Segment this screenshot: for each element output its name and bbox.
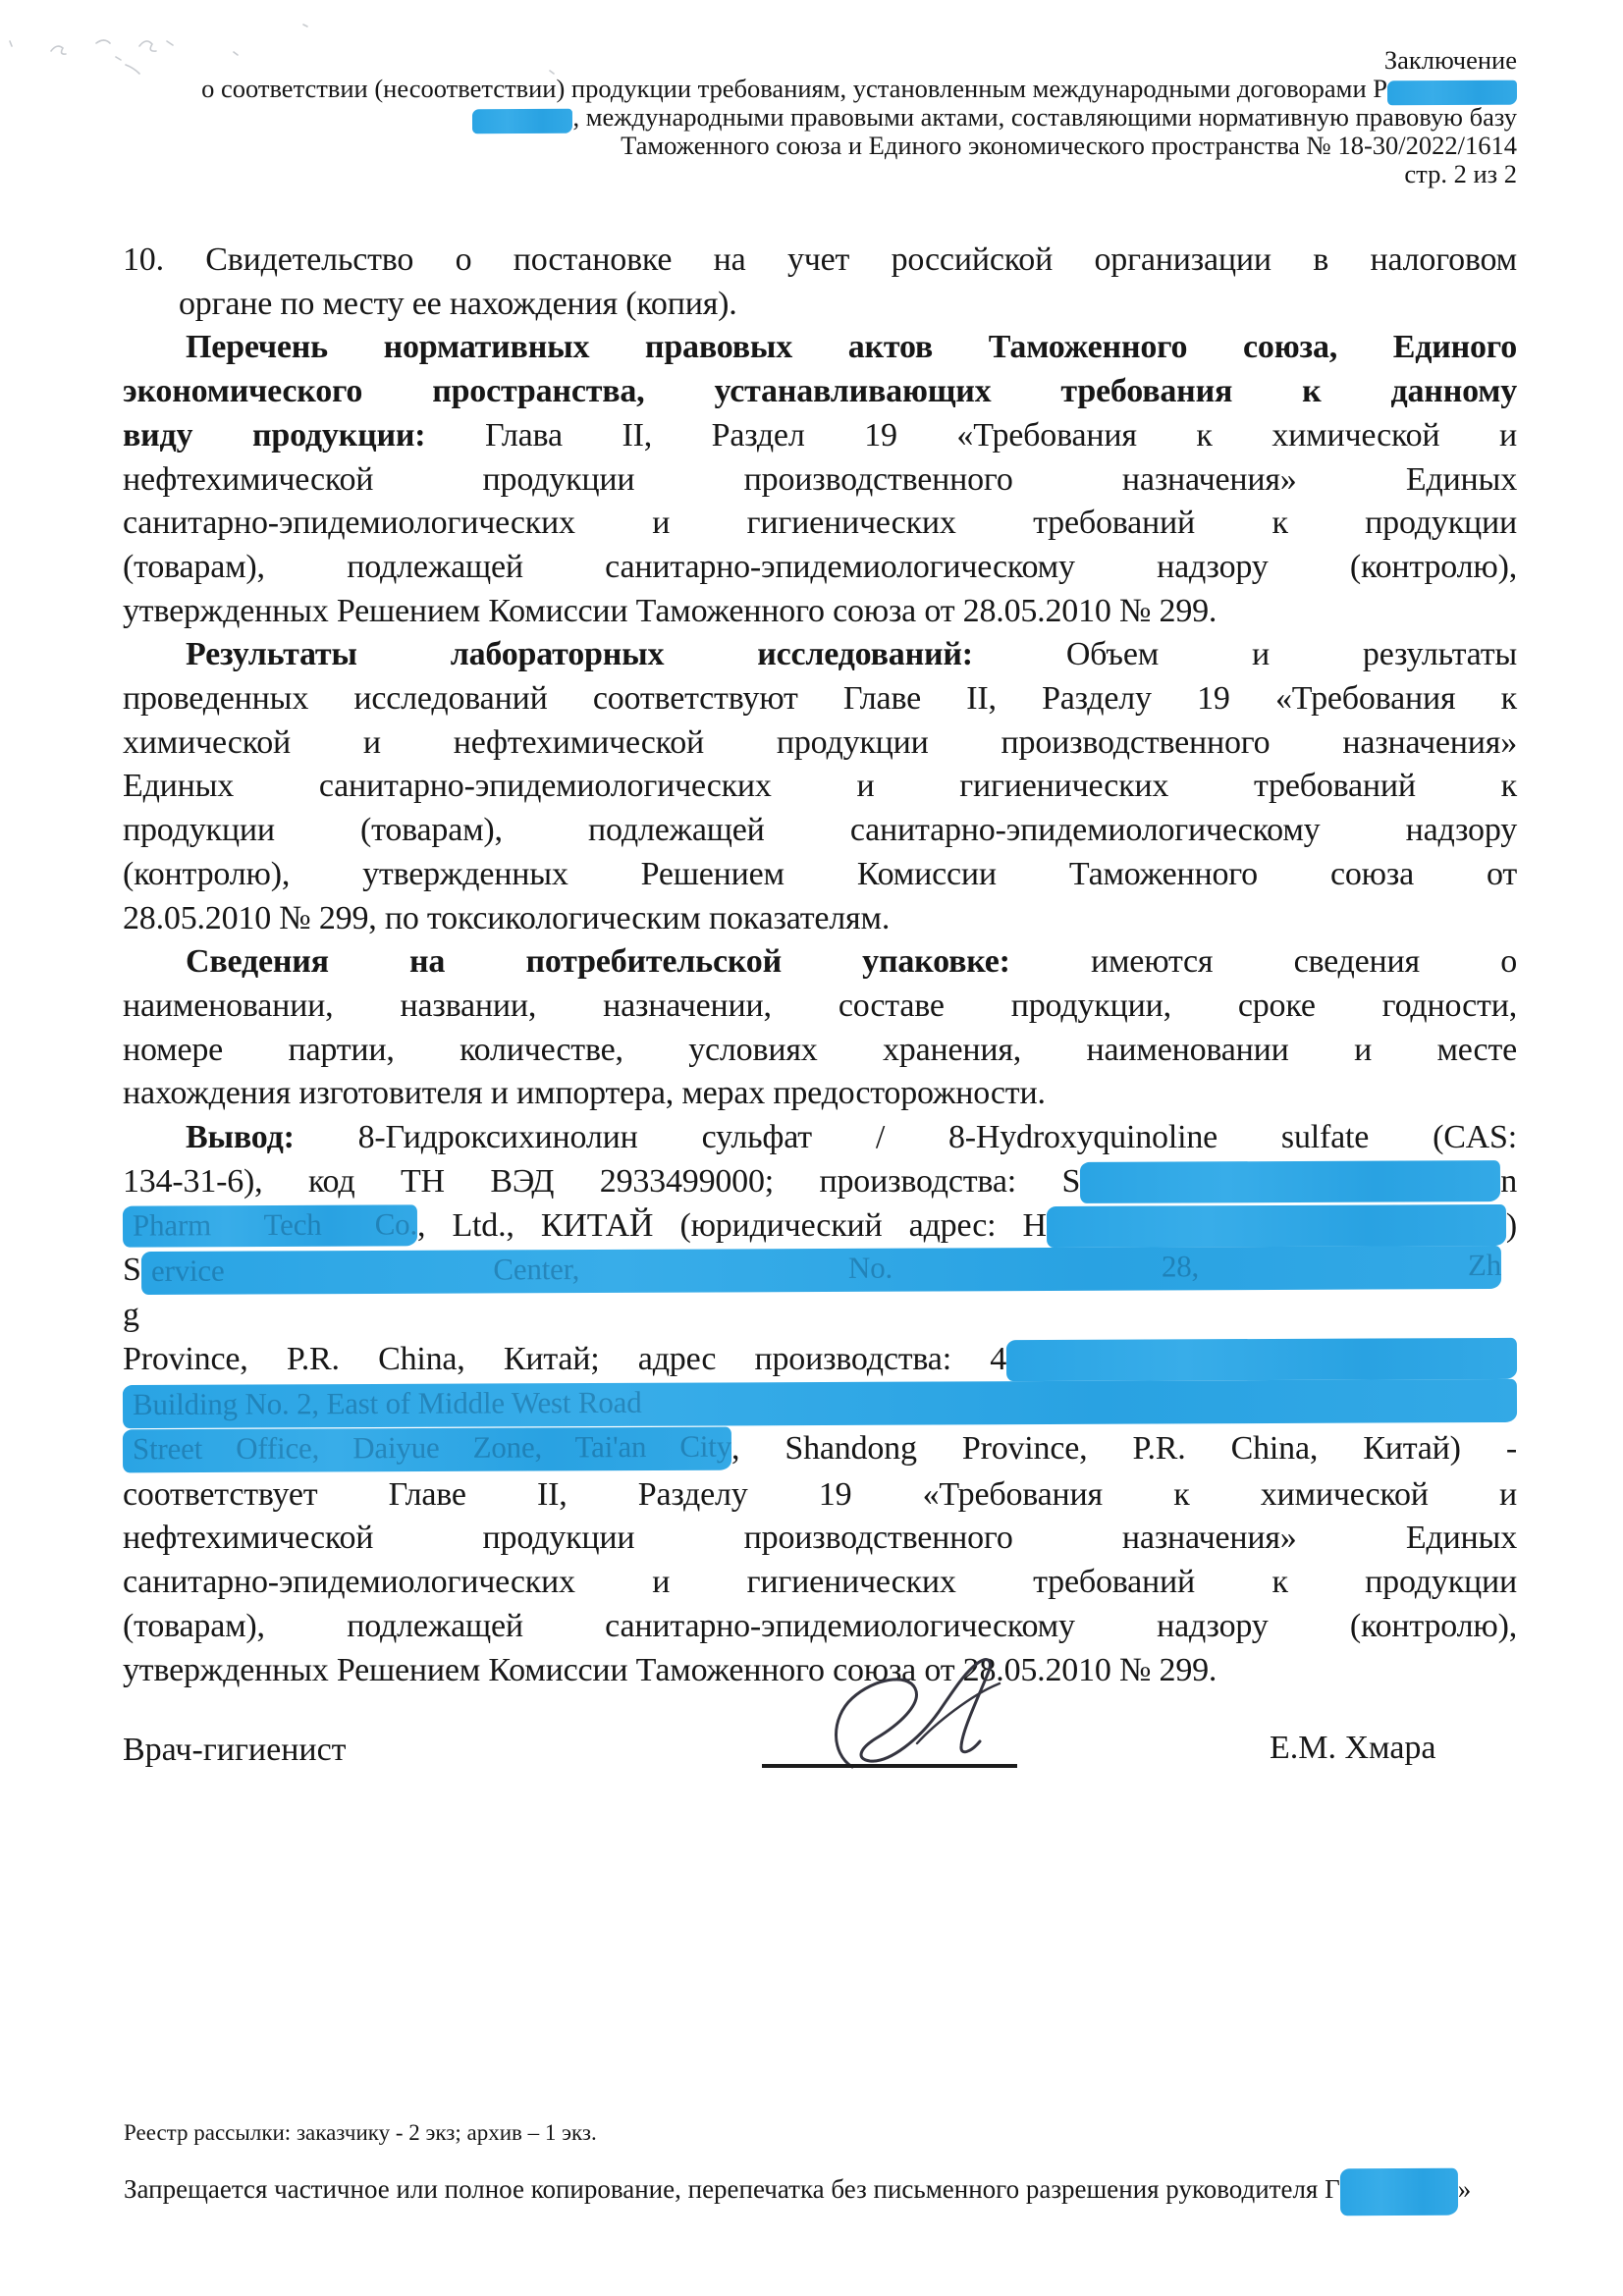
text-run: S [123,1252,141,1288]
text-run: , международными правовыми актами, соста… [572,102,1517,132]
redaction-mark: Building No. 2, East of Middle West Road [123,1379,1517,1428]
body-line: экономического пространства, устанавлива… [123,370,1517,414]
text-run: санитарно-эпидемиологических и гигиениче… [123,1564,1517,1600]
body-line: Street Office, Daiyue Zone, Tai'an City,… [123,1427,1517,1472]
body-line: (товарам), подлежащей санитарно-эпидемио… [123,1605,1517,1649]
body-line: (товарам), подлежащей санитарно-эпидемио… [123,546,1517,590]
body-line: органе по месту ее нахождения (копия). [123,283,1517,327]
text-run: Запрещается частичное или полное копиров… [124,2174,1340,2204]
header-line: Таможенного союза и Единого экономическо… [118,132,1517,160]
body-line: соответствует Главе II, Разделу 19 «Треб… [123,1473,1517,1518]
signatory-name: Е.М. Хмара [1270,1730,1436,1767]
redaction-mark: Street Office, Daiyue Zone, Tai'an City [123,1426,731,1472]
document-footer: Реестр рассылки: заказчику - 2 экз; архи… [124,2118,1557,2236]
redaction-mark: Pharm Tech Co. [123,1205,417,1248]
text-run: Объем и результаты [973,636,1517,672]
text-run: Таможенного союза и Единого экономическо… [621,131,1517,160]
text-run: n [1500,1163,1517,1200]
header-line: стр. 2 из 2 [118,160,1517,188]
body-line: 134-31-6), код ТН ВЭД 2933499000; произв… [123,1160,1517,1204]
text-run: химической и нефтехимической продукции п… [123,724,1517,761]
text-run: экономического пространства, устанавлива… [123,373,1517,409]
signature-line [762,1764,1017,1768]
footer-line: Запрещается частичное или полное копиров… [124,2168,1557,2216]
text-run: Единых санитарно-эпидемиологических и ги… [123,768,1517,804]
body-line: продукции (товарам), подлежащей санитарн… [123,809,1517,853]
body-line: Вывод: 8-Гидроксихинолин сульфат / 8-Hyd… [123,1116,1517,1160]
text-run: ) [1506,1207,1517,1244]
text-run: санитарно-эпидемиологических и гигиениче… [123,505,1517,541]
redaction-mark [472,109,572,133]
text-run: продукции (товарам), подлежащей санитарн… [123,812,1517,848]
body-line: Pharm Tech Co., Ltd., КИТАЙ (юридический… [123,1204,1517,1249]
text-run: проведенных исследований соответствуют Г… [123,680,1517,717]
text-run: (контролю), утвержденных Решением Комисс… [123,856,1517,892]
body-line: утвержденных Решением Комиссии Таможенно… [123,1649,1517,1693]
header-line: Заключение [118,46,1517,75]
body-line: проведенных исследований соответствуют Г… [123,677,1517,721]
body-line: Service Center, No. 28, Zhg [123,1249,1517,1338]
text-run: » [1458,2174,1472,2204]
text-run: наименовании, названии, назначении, сост… [123,988,1517,1024]
text-run: 10. Свидетельство о постановке на учет р… [123,241,1517,278]
text-run: Реестр рассылки: заказчику - 2 экз; архи… [124,2120,597,2145]
body-line: санитарно-эпидемиологических и гигиениче… [123,502,1517,546]
text-run: , Ltd., КИТАЙ (юридический адрес: Н [417,1207,1047,1244]
redaction-mark [1006,1338,1517,1381]
scanned-document-page: Заключениео соответствии (несоответствии… [0,0,1623,2296]
text-run: органе по месту ее нахождения (копия). [179,286,737,322]
text-run: соответствует Главе II, Разделу 19 «Треб… [123,1476,1517,1513]
body-line: 10. Свидетельство о постановке на учет р… [123,239,1517,283]
text-run: номере партии, количестве, условиях хран… [123,1032,1517,1068]
body-line: нефтехимической продукции производственн… [123,458,1517,503]
text-run: нефтехимической продукции производственн… [123,1520,1517,1556]
text-run: 134-31-6), код ТН ВЭД 2933499000; произв… [123,1163,1080,1200]
text-run: Заключение [1384,45,1517,75]
text-run: Вывод: [186,1119,295,1155]
text-run: (товарам), подлежащей санитарно-эпидемио… [123,1608,1517,1644]
redaction-mark: ervice Center, No. 28, Zh [141,1246,1501,1295]
text-run: нахождения изготовителя и импортера, мер… [123,1075,1046,1111]
text-run: о соответствии (несоответствии) продукци… [201,74,1387,103]
text-run: Перечень нормативных правовых актов Тамо… [186,329,1517,365]
redaction-mark [1387,80,1517,106]
text-run: Сведения на потребительской упаковке: [186,943,1010,980]
document-header: Заключениео соответствии (несоответствии… [118,46,1517,188]
signatory-role-label: Врач-гигиенист [123,1732,347,1769]
text-run: Результаты лабораторных исследований: [186,636,973,672]
footer-line: Реестр рассылки: заказчику - 2 экз; архи… [124,2118,1557,2148]
document-body: 10. Свидетельство о постановке на учет р… [123,239,1517,1692]
header-line: , международными правовыми актами, соста… [118,103,1517,132]
body-line: (контролю), утвержденных Решением Комисс… [123,853,1517,897]
body-line: номере партии, количестве, условиях хран… [123,1029,1517,1073]
text-run: Глава II, Раздел 19 «Требования к химиче… [425,417,1517,454]
body-line: санитарно-эпидемиологических и гигиениче… [123,1561,1517,1605]
body-line: нахождения изготовителя и импортера, мер… [123,1072,1517,1116]
body-line: Результаты лабораторных исследований: Об… [123,633,1517,677]
body-line: утвержденных Решением Комиссии Таможенно… [123,590,1517,634]
body-line: Сведения на потребительской упаковке: им… [123,940,1517,985]
body-line: Единых санитарно-эпидемиологических и ги… [123,765,1517,809]
body-line: наименовании, названии, назначении, сост… [123,985,1517,1029]
text-run: имеются сведения о [1010,943,1517,980]
text-run: Province, P.R. China, Китай; адрес произ… [123,1341,1006,1377]
text-run: стр. 2 из 2 [1404,159,1517,188]
text-run: (товарам), подлежащей санитарно-эпидемио… [123,549,1517,585]
text-run: g [123,1297,139,1333]
body-line: Перечень нормативных правовых актов Тамо… [123,326,1517,370]
body-line: Building No. 2, East of Middle West Road [123,1382,1517,1427]
redaction-mark [1047,1204,1506,1248]
body-line: 28.05.2010 № 299, по токсикологическим п… [123,897,1517,941]
redaction-mark [1080,1160,1500,1203]
body-line: Province, P.R. China, Китай; адрес произ… [123,1338,1517,1382]
text-run: виду продукции: [123,417,425,454]
text-run: нефтехимической продукции производственн… [123,461,1517,498]
text-run: 28.05.2010 № 299, по токсикологическим п… [123,900,890,936]
text-run: , Shandong Province, P.R. China, Китай) … [731,1430,1517,1467]
text-run: 8-Гидроксихинолин сульфат / 8-Hydroxyqui… [295,1119,1517,1155]
body-line: виду продукции: Глава II, Раздел 19 «Тре… [123,414,1517,458]
text-run: утвержденных Решением Комиссии Таможенно… [123,1652,1217,1688]
handwritten-signature [823,1655,1033,1775]
body-line: химической и нефтехимической продукции п… [123,721,1517,766]
text-run: утвержденных Решением Комиссии Таможенно… [123,593,1217,629]
header-line: о соответствии (несоответствии) продукци… [118,75,1517,103]
body-line: нефтехимической продукции производственн… [123,1517,1517,1561]
redaction-mark [1340,2168,1458,2216]
